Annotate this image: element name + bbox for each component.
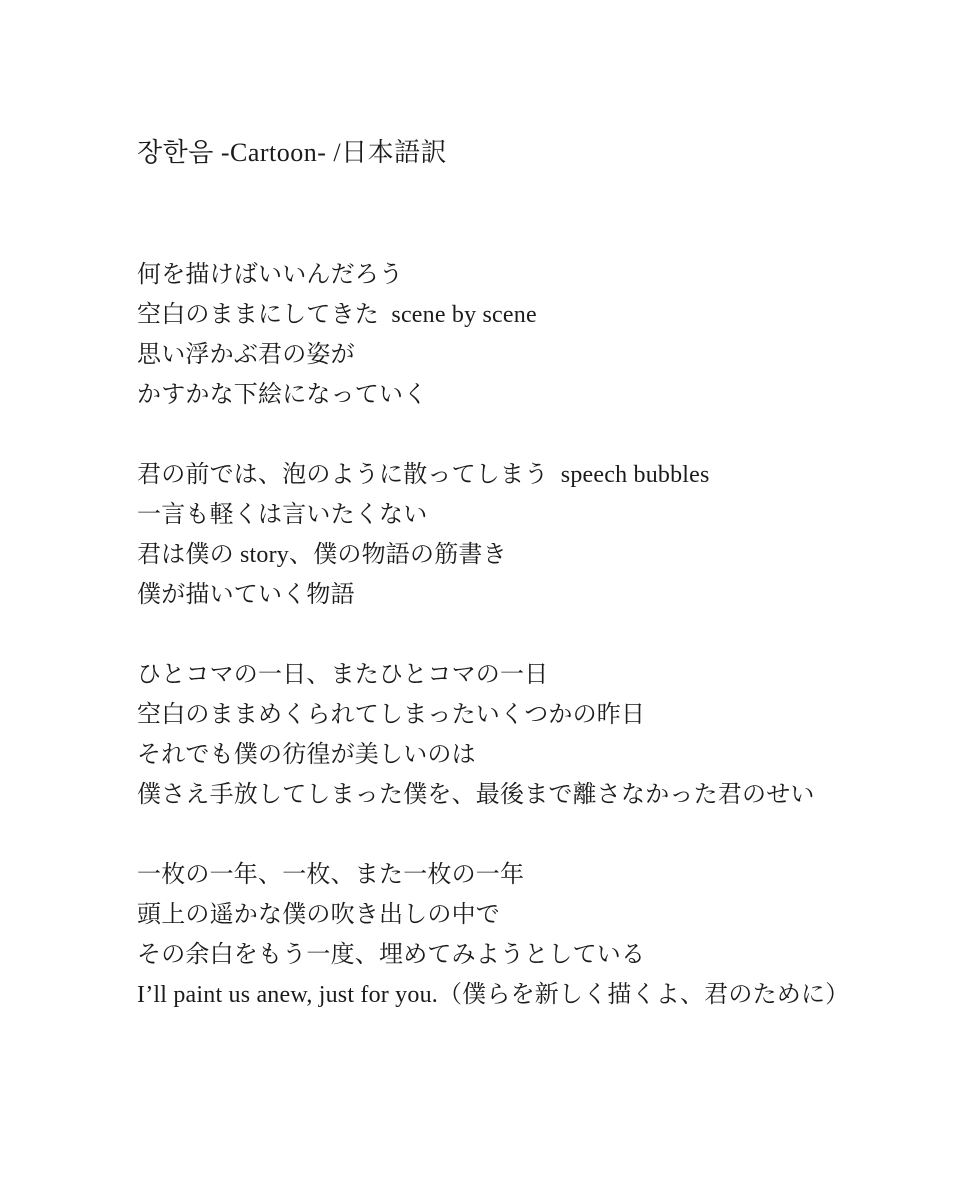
lyric-line: 頭上の遥かな僕の吹き出しの中で <box>137 895 917 935</box>
lyric-line: ひとコマの一日、またひとコマの一日 <box>137 655 917 695</box>
lyric-line: 一枚の一年、一枚、また一枚の一年 <box>137 855 917 895</box>
lyric-line: かすかな下絵になっていく <box>137 375 917 415</box>
lyric-line: 空白のままめくられてしまったいくつかの昨日 <box>137 695 917 735</box>
lyric-line: それでも僕の彷徨が美しいのは <box>137 735 917 775</box>
lyric-line: その余白をもう一度、埋めてみようとしている <box>137 935 917 975</box>
lyric-line: I’ll paint us anew, just for you.（僕らを新しく… <box>137 975 917 1015</box>
stanza-2: 君の前では、泡のように散ってしまう speech bubbles 一言も軽くは言… <box>137 455 917 615</box>
stanza-4: 一枚の一年、一枚、また一枚の一年 頭上の遥かな僕の吹き出しの中で その余白をもう… <box>137 855 917 1015</box>
lyrics-document-page: 장한음 -Cartoon- /日本語訳 何を描けばいいんだろう 空白のままにして… <box>0 0 977 1200</box>
stanza-1: 何を描けばいいんだろう 空白のままにしてきた scene by scene 思い… <box>137 255 917 415</box>
lyric-line: 空白のままにしてきた scene by scene <box>137 295 917 335</box>
lyric-line: 一言も軽くは言いたくない <box>137 495 917 535</box>
lyric-line: 何を描けばいいんだろう <box>137 255 917 295</box>
lyric-line: 君の前では、泡のように散ってしまう speech bubbles <box>137 455 917 495</box>
lyric-line: 僕さえ手放してしまった僕を、最後まで離さなかった君のせい <box>137 775 917 815</box>
lyric-line: 君は僕の story、僕の物語の筋書き <box>137 535 917 575</box>
stanza-3: ひとコマの一日、またひとコマの一日 空白のままめくられてしまったいくつかの昨日 … <box>137 655 917 815</box>
lyric-line: 思い浮かぶ君の姿が <box>137 335 917 375</box>
document-title: 장한음 -Cartoon- /日本語訳 <box>137 133 917 173</box>
lyric-line: 僕が描いていく物語 <box>137 575 917 615</box>
